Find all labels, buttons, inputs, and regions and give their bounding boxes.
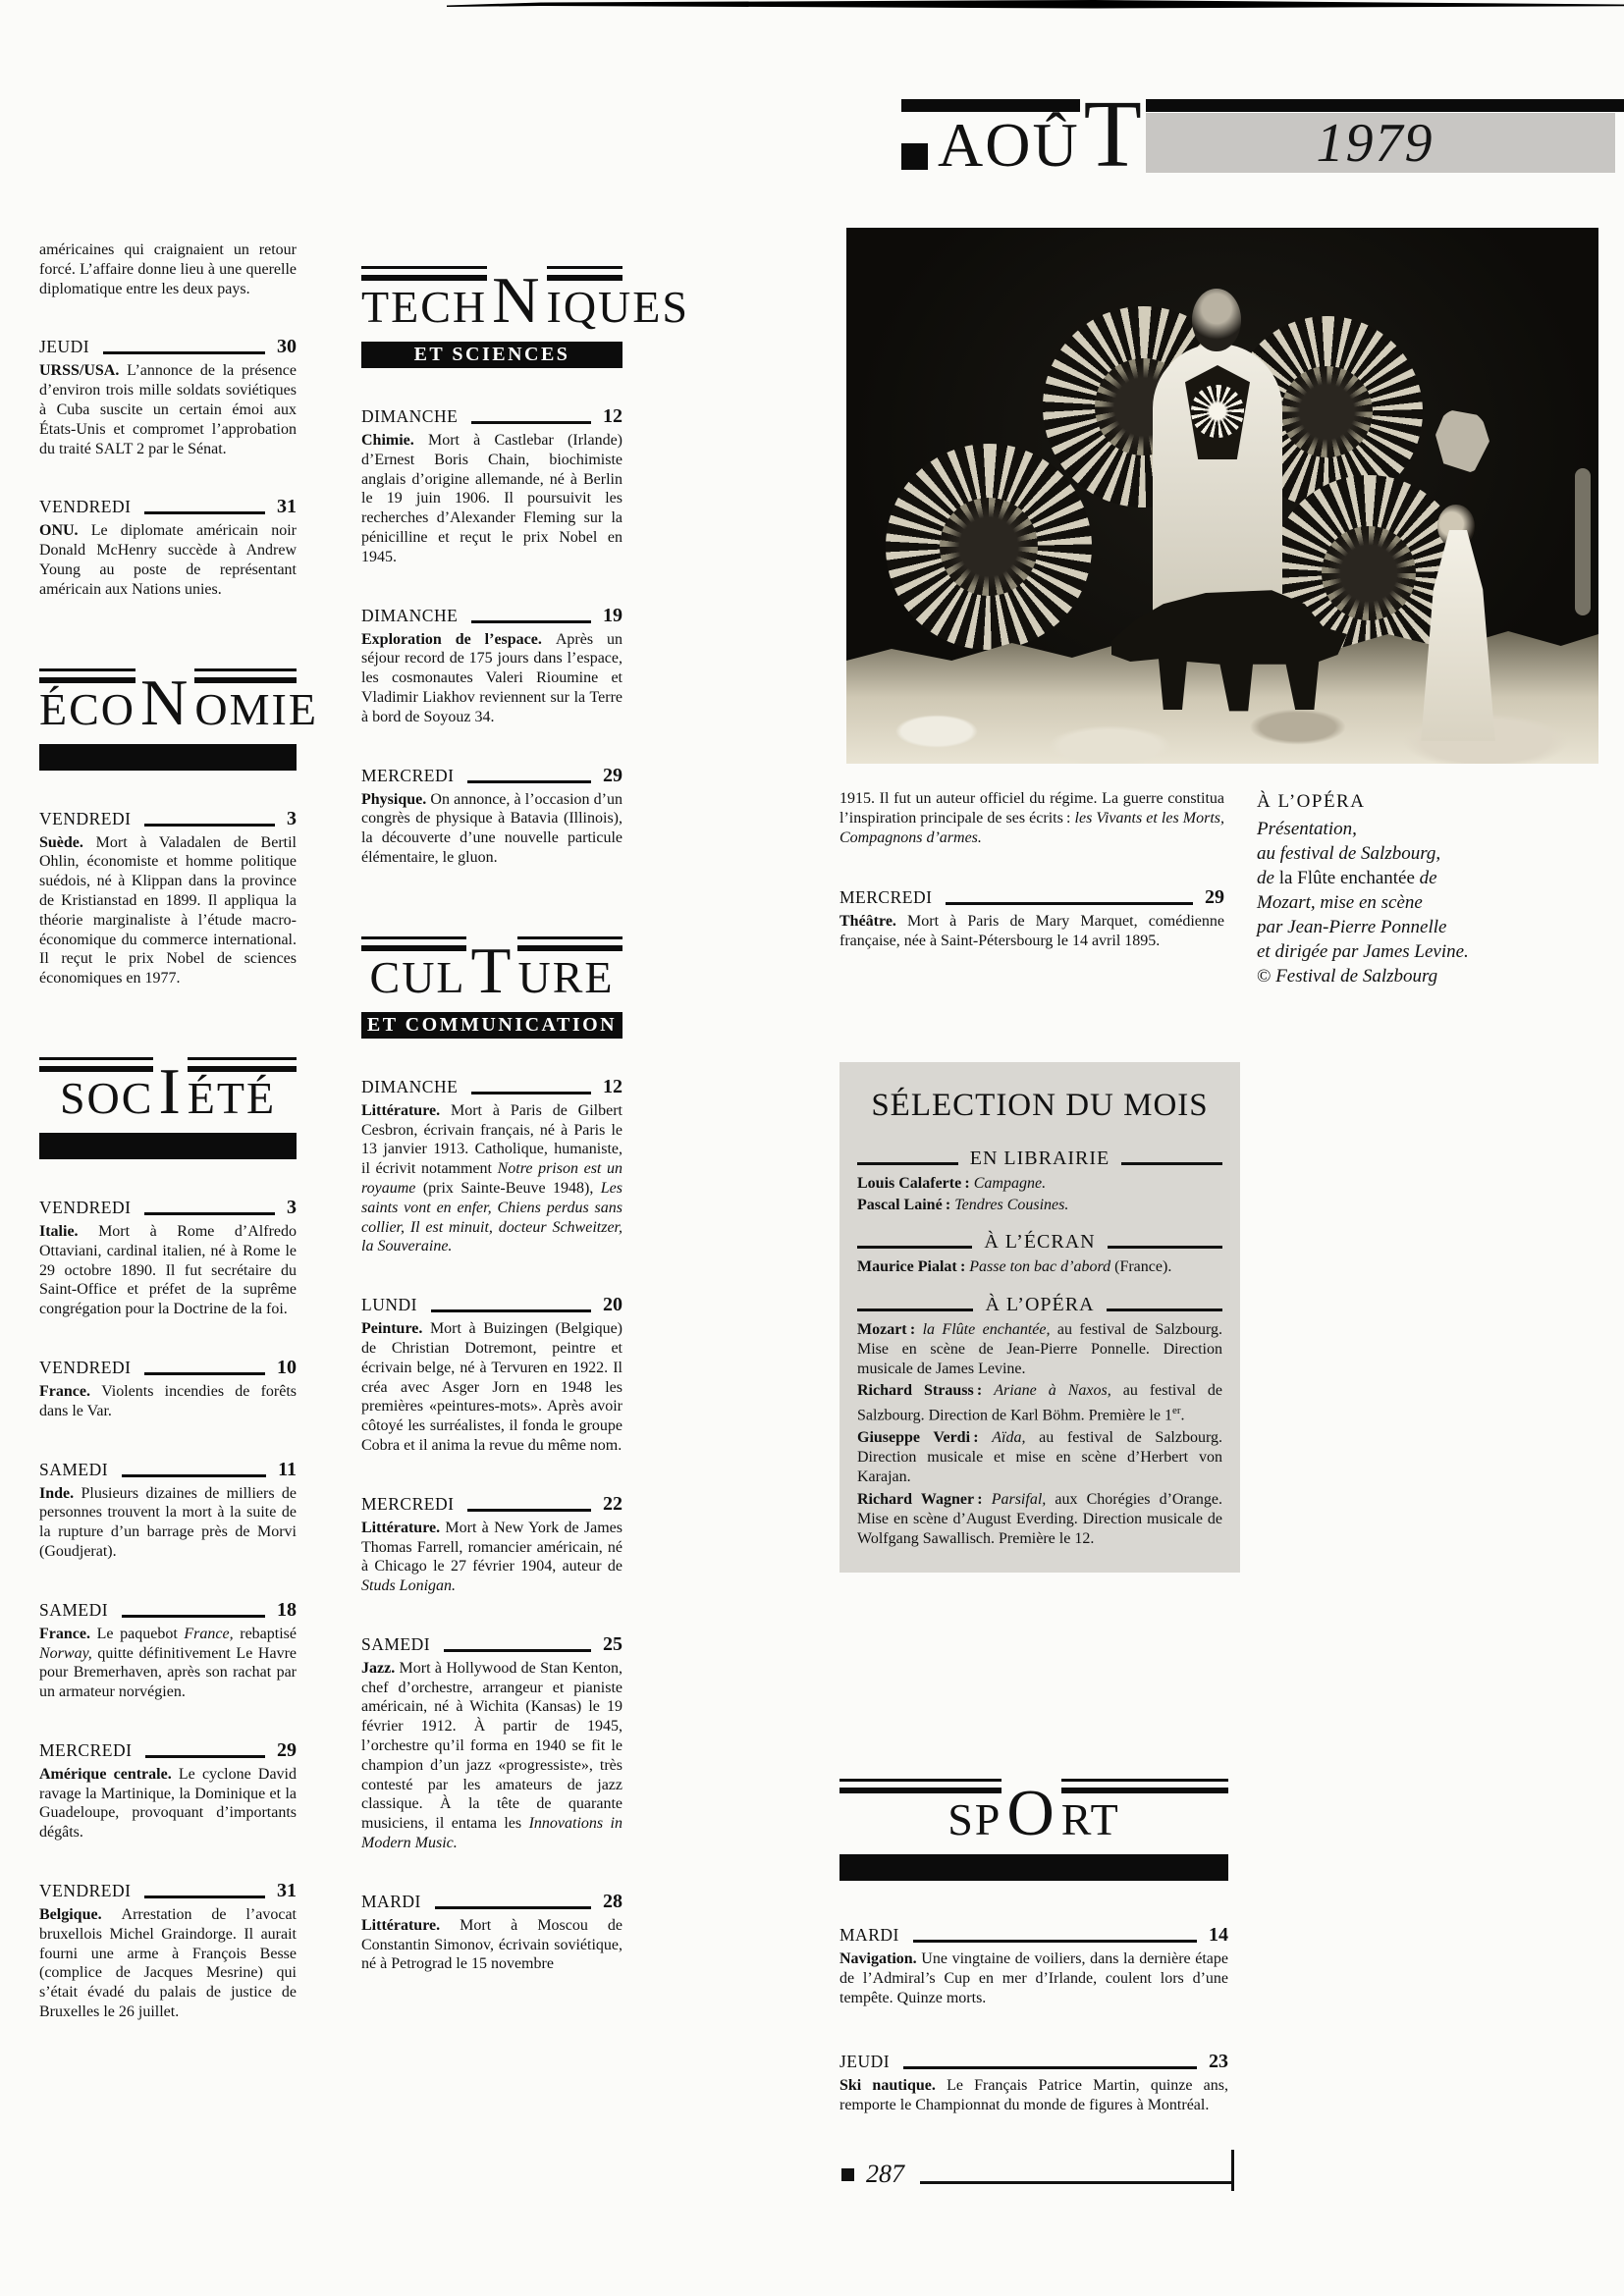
- entry-rule: [144, 824, 275, 827]
- entry-date-number: 12: [603, 1076, 623, 1098]
- superscript: er: [1172, 1405, 1181, 1416]
- entry-rule: [946, 902, 1193, 905]
- entry-heading: MERCREDI29: [839, 886, 1224, 909]
- selection-item: Pascal Lainé : Tendres Cousines.: [857, 1196, 1222, 1215]
- text-segment: À L’OPÉRA: [1257, 791, 1365, 812]
- entry-day: VENDREDI: [39, 1881, 131, 1901]
- entry: SAMEDI25Jazz. Mort à Hollywood de Stan K…: [361, 1633, 623, 1853]
- section-word: TECHNIQUES: [361, 282, 689, 332]
- italic-text: et dirigée par James Levine.: [1257, 941, 1469, 962]
- selection-subhead-rule: [857, 1246, 972, 1249]
- section-bar: ET COMMUNICATION: [361, 1012, 623, 1039]
- selection-subhead-rule: [1121, 1162, 1222, 1165]
- entry-body: France. Le paquebot France, rebaptisé No…: [39, 1625, 297, 1702]
- text-segment: la Flûte enchantée: [1279, 868, 1420, 888]
- section-word-post: ÉTÉ: [188, 1073, 276, 1123]
- entry-heading: MARDI28: [361, 1891, 623, 1913]
- entry-date-number: 28: [603, 1891, 623, 1913]
- background-figure: [1575, 468, 1591, 615]
- entry-heading: JEUDI30: [39, 336, 297, 358]
- selection-item: Richard Wagner : Parsifal, aux Chorégies…: [857, 1490, 1222, 1550]
- entry-lead: Jazz.: [361, 1660, 400, 1677]
- text-segment: Mort à Castlebar (Irlande) d’Ernest Bori…: [361, 432, 623, 565]
- text-segment: Le paquebot: [97, 1626, 185, 1642]
- page-number-rule: [920, 2181, 1234, 2184]
- section-header-techniques: TECHNIQUESET SCIENCES: [361, 242, 623, 368]
- corner-bracket-rule: [1231, 2150, 1234, 2191]
- entry-lead: ONU.: [39, 522, 91, 539]
- entry-rule: [471, 620, 591, 623]
- entry-lead: Italie.: [39, 1223, 98, 1240]
- entry-date-number: 18: [277, 1599, 297, 1622]
- entry-date-number: 3: [287, 1197, 297, 1219]
- entry-lead: Littérature.: [361, 1917, 460, 1934]
- entry-body: ONU. Le diplomate américain noir Donald …: [39, 521, 297, 599]
- entry-body: Théâtre. Mort à Paris de Mary Marquet, c…: [839, 912, 1224, 951]
- entry-day: MERCREDI: [361, 766, 454, 786]
- selection-item: Louis Calaferte : Campagne.: [857, 1174, 1222, 1194]
- selection-item: Richard Strauss : Ariane à Naxos, au fes…: [857, 1381, 1222, 1426]
- entry-body: Ski nautique. Le Français Patrice Martin…: [839, 2076, 1228, 2115]
- section-title: ÉCONOMIE: [39, 645, 297, 736]
- italic-text: Passe ton bac d’abord: [969, 1258, 1110, 1275]
- entry-rule: [103, 351, 265, 354]
- entry-day: VENDREDI: [39, 809, 131, 829]
- entry-date-number: 12: [603, 405, 623, 428]
- column-right: 1915. Il fut un auteur officiel du régim…: [839, 228, 1624, 2289]
- entry: MERCREDI29Théâtre. Mort à Paris de Mary …: [839, 886, 1224, 951]
- entry-body: Exploration de l’espace. Après un séjour…: [361, 630, 623, 727]
- entry-heading: MERCREDI29: [361, 765, 623, 787]
- year-label: 1979: [1317, 112, 1435, 175]
- entry-rule: [913, 1940, 1197, 1943]
- entry-lead: Louis Calaferte :: [857, 1175, 974, 1192]
- selection-groups: EN LIBRAIRIELouis Calaferte : Campagne.P…: [857, 1148, 1222, 1549]
- entry-rule: [144, 1896, 265, 1898]
- entry-date-number: 20: [603, 1294, 623, 1316]
- italic-text: au festival de Salzbourg,: [1257, 843, 1440, 864]
- section-word-post: RT: [1061, 1794, 1120, 1844]
- entry-lead: France.: [39, 1626, 97, 1642]
- entry-rule: [144, 1212, 275, 1215]
- entry-lead: Navigation.: [839, 1950, 921, 1967]
- text-segment: américaines qui craignaient un retour fo…: [39, 241, 297, 297]
- section-raised-letter: O: [1001, 1777, 1060, 1849]
- entry-date-number: 31: [277, 496, 297, 518]
- selection-item: Mozart : la Flûte enchantée, au festival…: [857, 1320, 1222, 1380]
- entry-rule: [467, 1509, 591, 1512]
- section-bar: ET SCIENCES: [361, 342, 623, 368]
- section-header-culture: CULTUREET COMMUNICATION: [361, 913, 623, 1039]
- italic-text: par Jean-Pierre Ponnelle: [1257, 917, 1446, 937]
- month-name: AOÛ: [938, 114, 1080, 177]
- selection-subhead-rule: [1108, 1246, 1222, 1249]
- entry-heading: MARDI14: [839, 1924, 1228, 1947]
- section-bar: [839, 1854, 1228, 1881]
- entry-rule: [471, 1092, 591, 1095]
- caption-line: © Festival de Salzbourg: [1257, 964, 1620, 988]
- section-word-pre: SOC: [60, 1073, 153, 1123]
- italic-text: Festival de Salzbourg: [1275, 966, 1437, 987]
- section-word-post: IQUES: [547, 282, 689, 332]
- entry-rule: [144, 1372, 265, 1375]
- entry-day: JEUDI: [39, 337, 89, 357]
- italic-text: Ariane à Naxos,: [994, 1382, 1111, 1399]
- entry-body: Inde. Plusieurs dizaines de milliers de …: [39, 1484, 297, 1562]
- entry: VENDREDI3Suède. Mort à Valadalen de Bert…: [39, 808, 297, 988]
- entry-body: Suède. Mort à Valadalen de Bertil Ohlin,…: [39, 833, 297, 988]
- italic-text: Norway,: [39, 1645, 92, 1662]
- caption-line: À L’OPÉRA: [1257, 789, 1620, 814]
- entry-lead: Pascal Lainé :: [857, 1197, 954, 1213]
- section-raised-letter: I: [153, 1055, 187, 1128]
- selection-subhead: EN LIBRAIRIE: [857, 1148, 1222, 1170]
- section-raised-letter: T: [466, 934, 518, 1007]
- section-header-sport: SPORT: [839, 1755, 1228, 1881]
- entry-date-number: 29: [277, 1739, 297, 1762]
- entry-heading: SAMEDI11: [39, 1459, 297, 1481]
- section-subtitle: ET COMMUNICATION: [367, 1014, 617, 1037]
- entry-lead: Amérique centrale.: [39, 1766, 179, 1783]
- selection-subhead-label: À L’ÉCRAN: [972, 1231, 1107, 1254]
- sunburst-emblem: [1191, 385, 1244, 438]
- entry-date-number: 14: [1209, 1924, 1228, 1947]
- photo-caption: À L’OPÉRAPrésentation,au festival de Sal…: [1257, 789, 1620, 988]
- entry-lead: Inde.: [39, 1485, 81, 1502]
- selection-item: Giuseppe Verdi : Aïda, au festival de Sa…: [857, 1428, 1222, 1488]
- text-segment: Mort à Buizingen (Belgique) de Christian…: [361, 1320, 623, 1454]
- italic-text: France,: [184, 1626, 233, 1642]
- sport-block: SPORTMARDI14Navigation. Une vingtaine de…: [839, 1755, 1228, 2115]
- entry-rule: [144, 511, 265, 514]
- text-segment: rebaptisé: [234, 1626, 297, 1642]
- entry-date-number: 3: [287, 808, 297, 830]
- entry-lead: Physique.: [361, 791, 430, 808]
- column-left: américaines qui craignaient un retour fo…: [39, 240, 297, 2022]
- entry-day: MERCREDI: [361, 1494, 454, 1515]
- section-header-economie: ÉCONOMIE: [39, 645, 297, 771]
- entry-lead: URSS/USA.: [39, 362, 127, 379]
- entry-lead: Chimie.: [361, 432, 428, 449]
- below-photo-row: 1915. Il fut un auteur officiel du régim…: [839, 789, 1624, 988]
- caption-line: au festival de Salzbourg,: [1257, 841, 1620, 866]
- entry-heading: MERCREDI29: [39, 1739, 297, 1762]
- section-word-post: OMIE: [194, 684, 318, 734]
- magazine-page: AOÛ T 1979 américaines qui craignaient u…: [0, 0, 1624, 2296]
- entry: LUNDI20Peinture. Mort à Buizingen (Belgi…: [361, 1294, 623, 1456]
- entry-rule: [145, 1755, 265, 1758]
- column-middle: TECHNIQUESET SCIENCESDIMANCHE12Chimie. M…: [361, 242, 623, 1974]
- italic-text: Studs Lonigan.: [361, 1577, 456, 1594]
- italic-text: de: [1257, 868, 1279, 888]
- entry-day: SAMEDI: [361, 1634, 430, 1655]
- entry-date-number: 29: [1205, 886, 1224, 909]
- section-word-pre: ÉCO: [39, 684, 135, 734]
- entry-day: DIMANCHE: [361, 1077, 458, 1097]
- entry: MERCREDI29Physique. On annonce, à l’occa…: [361, 765, 623, 868]
- selection-item: Maurice Pialat : Passe ton bac d’abord (…: [857, 1257, 1222, 1277]
- entry: MERCREDI22Littérature. Mort à New York d…: [361, 1493, 623, 1596]
- entry-date-number: 30: [277, 336, 297, 358]
- entry-date-number: 19: [603, 605, 623, 627]
- caption-line: de la Flûte enchantée de: [1257, 866, 1620, 890]
- section-word: CULTURE: [370, 952, 615, 1002]
- entry-heading: VENDREDI31: [39, 1880, 297, 1902]
- entry-lead: Maurice Pialat :: [857, 1258, 969, 1275]
- section-title: SOCIÉTÉ: [39, 1034, 297, 1125]
- entry-day: DIMANCHE: [361, 406, 458, 427]
- selection-title: SÉLECTION DU MOIS: [857, 1088, 1222, 1124]
- entry-heading: JEUDI23: [839, 2051, 1228, 2073]
- section-title: CULTURE: [361, 913, 623, 1004]
- entry-day: VENDREDI: [39, 497, 131, 517]
- entry-rule: [431, 1309, 591, 1312]
- entry-date-number: 29: [603, 765, 623, 787]
- opera-stage-photo: [846, 228, 1598, 764]
- italic-text: Campagne.: [974, 1175, 1046, 1192]
- entry-date-number: 22: [603, 1493, 623, 1516]
- text-segment: Mort à Hollywood de Stan Kenton, chef d’…: [361, 1660, 623, 1832]
- section-word-pre: CUL: [370, 952, 466, 1002]
- entry-day: MERCREDI: [839, 887, 932, 908]
- selection-box: SÉLECTION DU MOIS EN LIBRAIRIELouis Cala…: [839, 1062, 1240, 1573]
- entry-body: Italie. Mort à Rome d’Alfredo Ottaviani,…: [39, 1222, 297, 1319]
- pale-flower-figure: [1435, 409, 1489, 473]
- entry-rule: [122, 1615, 265, 1618]
- entry-lead: Richard Strauss :: [857, 1382, 994, 1399]
- page-number: 287: [866, 2160, 904, 2189]
- section-raised-letter: N: [487, 264, 546, 337]
- caption-line: Mozart, mise en scène: [1257, 890, 1620, 915]
- entry: SAMEDI18France. Le paquebot France, reba…: [39, 1599, 297, 1702]
- entry-lead: France.: [39, 1383, 101, 1400]
- entry-body: Chimie. Mort à Castlebar (Irlande) d’Ern…: [361, 431, 623, 567]
- entry-day: JEUDI: [839, 2052, 890, 2072]
- text-segment: .: [1181, 1408, 1185, 1424]
- entry-lead: Théâtre.: [839, 913, 907, 930]
- entry: VENDREDI31ONU. Le diplomate américain no…: [39, 496, 297, 599]
- selection-subhead-rule: [1107, 1308, 1222, 1311]
- entry-date-number: 11: [278, 1459, 297, 1481]
- section-subtitle: ET SCIENCES: [414, 344, 570, 366]
- entry-lead: Ski nautique.: [839, 2077, 947, 2094]
- text-segment: (prix Sainte-Beuve 1948),: [415, 1180, 600, 1197]
- italic-text: Aïda,: [992, 1429, 1025, 1446]
- section-header-societe: SOCIÉTÉ: [39, 1034, 297, 1159]
- entry: MARDI14Navigation. Une vingtaine de voil…: [839, 1924, 1228, 2007]
- entry-lead: Exploration de l’espace.: [361, 631, 556, 648]
- paragraph: 1915. Il fut un auteur officiel du régim…: [839, 789, 1224, 847]
- entry-body: Peinture. Mort à Buizingen (Belgique) de…: [361, 1319, 623, 1456]
- entry-body: Littérature. Mort à Moscou de Constantin…: [361, 1916, 623, 1974]
- caption-line: Présentation,: [1257, 817, 1620, 841]
- entry-rule: [467, 780, 591, 783]
- entry-lead: Peinture.: [361, 1320, 430, 1337]
- square-bullet-icon: [901, 143, 928, 170]
- section-title: SPORT: [839, 1755, 1228, 1846]
- entry-day: MERCREDI: [39, 1740, 132, 1761]
- entry-day: DIMANCHE: [361, 606, 458, 626]
- entry: VENDREDI31Belgique. Arrestation de l’avo…: [39, 1880, 297, 2022]
- entry-day: MARDI: [361, 1892, 421, 1912]
- section-raised-letter: N: [135, 667, 194, 739]
- entry-lead: Suède.: [39, 834, 96, 851]
- entry: JEUDI23Ski nautique. Le Français Patrice…: [839, 2051, 1228, 2115]
- section-word-pre: SP: [947, 1794, 1001, 1844]
- entry-day: SAMEDI: [39, 1460, 108, 1480]
- entry: JEUDI30URSS/USA. L’annonce de la présenc…: [39, 336, 297, 458]
- entry-rule: [122, 1474, 266, 1477]
- priest-head: [1192, 289, 1241, 351]
- selection-subhead: À L’ÉCRAN: [857, 1231, 1222, 1254]
- entry-heading: DIMANCHE12: [361, 1076, 623, 1098]
- entry-heading: LUNDI20: [361, 1294, 623, 1316]
- entry-body: Jazz. Mort à Hollywood de Stan Kenton, c…: [361, 1659, 623, 1853]
- continued-text: 1915. Il fut un auteur officiel du régim…: [839, 789, 1224, 988]
- entry-lead: Littérature.: [361, 1102, 451, 1119]
- sunflower-figure-1: [886, 444, 1092, 650]
- entry: DIMANCHE12Chimie. Mort à Castlebar (Irla…: [361, 405, 623, 567]
- entry-lead: Belgique.: [39, 1906, 122, 1923]
- entry: MARDI28Littérature. Mort à Moscou de Con…: [361, 1891, 623, 1974]
- entry-day: LUNDI: [361, 1295, 417, 1315]
- entry-heading: DIMANCHE12: [361, 405, 623, 428]
- section-word-pre: TECH: [361, 282, 487, 332]
- month-header: AOÛ T: [901, 86, 1146, 182]
- page-number-row: 287: [841, 2160, 1234, 2189]
- entry: SAMEDI11Inde. Plusieurs dizaines de mill…: [39, 1459, 297, 1562]
- entry-date-number: 31: [277, 1880, 297, 1902]
- entry-body: Littérature. Mort à Paris de Gilbert Ces…: [361, 1101, 623, 1256]
- text-segment: ©: [1257, 966, 1275, 987]
- entry-lead: Giuseppe Verdi :: [857, 1429, 992, 1446]
- entry-rule: [444, 1649, 591, 1652]
- section-bar: [39, 744, 297, 771]
- entry-date-number: 23: [1209, 2051, 1228, 2073]
- italic-text: Présentation,: [1257, 819, 1357, 839]
- entry-heading: MERCREDI22: [361, 1493, 623, 1516]
- entry: MERCREDI29Amérique centrale. Le cyclone …: [39, 1739, 297, 1842]
- entry-date-number: 25: [603, 1633, 623, 1656]
- section-title: TECHNIQUES: [361, 242, 623, 334]
- month-raised-letter: T: [1080, 86, 1146, 182]
- entry: DIMANCHE12Littérature. Mort à Paris de G…: [361, 1076, 623, 1256]
- section-word-post: URE: [517, 952, 614, 1002]
- entry-heading: VENDREDI3: [39, 1197, 297, 1219]
- entry: VENDREDI3Italie. Mort à Rome d’Alfredo O…: [39, 1197, 297, 1319]
- top-rule: [447, 0, 1624, 10]
- entry-heading: VENDREDI31: [39, 496, 297, 518]
- italic-text: de: [1420, 868, 1437, 888]
- entry-body: Littérature. Mort à New York de James Th…: [361, 1519, 623, 1596]
- entry-heading: VENDREDI3: [39, 808, 297, 830]
- entry-body: Amérique centrale. Le cyclone David rava…: [39, 1765, 297, 1842]
- entry-body: Belgique. Arrestation de l’avocat bruxel…: [39, 1905, 297, 2022]
- entry-heading: VENDREDI10: [39, 1357, 297, 1379]
- entry-day: VENDREDI: [39, 1358, 131, 1378]
- selection-subhead-label: EN LIBRAIRIE: [958, 1148, 1122, 1170]
- entry-day: VENDREDI: [39, 1198, 131, 1218]
- italic-text: Mozart, mise en scène: [1257, 892, 1423, 913]
- entry-lead: Littérature.: [361, 1520, 445, 1536]
- year-box: 1979: [1135, 113, 1615, 173]
- entry-body: Navigation. Une vingtaine de voiliers, d…: [839, 1949, 1228, 2007]
- entry-rule: [471, 421, 591, 424]
- entry-date-number: 10: [277, 1357, 297, 1379]
- entry: VENDREDI10France. Violents incendies de …: [39, 1357, 297, 1421]
- square-bullet-icon: [841, 2168, 854, 2181]
- selection-subhead: À L’OPÉRA: [857, 1294, 1222, 1316]
- text-segment: (France).: [1110, 1258, 1171, 1275]
- entry: DIMANCHE19Exploration de l’espace. Après…: [361, 605, 623, 727]
- section-word: ÉCONOMIE: [39, 684, 318, 734]
- selection-subhead-rule: [857, 1308, 973, 1311]
- entry-heading: SAMEDI18: [39, 1599, 297, 1622]
- entry-body: France. Violents incendies de forêts dan…: [39, 1382, 297, 1421]
- paragraph: américaines qui craignaient un retour fo…: [39, 240, 297, 298]
- entry-rule: [903, 2066, 1197, 2069]
- caption-line: et dirigée par James Levine.: [1257, 939, 1620, 964]
- text-segment: Mort à Valadalen de Bertil Ohlin, économ…: [39, 834, 297, 988]
- selection-subhead-rule: [857, 1162, 958, 1165]
- section-bar: [39, 1133, 297, 1159]
- entry-heading: SAMEDI25: [361, 1633, 623, 1656]
- entry-day: SAMEDI: [39, 1600, 108, 1621]
- italic-text: la Flûte enchantée,: [923, 1321, 1051, 1338]
- section-word: SPORT: [947, 1794, 1120, 1844]
- entry-day: MARDI: [839, 1925, 899, 1946]
- entry-body: Physique. On annonce, à l’occasion d’un …: [361, 790, 623, 868]
- entry-lead: Richard Wagner :: [857, 1491, 992, 1508]
- selection-subhead-label: À L’OPÉRA: [973, 1294, 1106, 1316]
- entry-rule: [435, 1906, 591, 1909]
- section-word: SOCIÉTÉ: [60, 1073, 276, 1123]
- caption-line: par Jean-Pierre Ponnelle: [1257, 915, 1620, 939]
- entry-lead: Mozart :: [857, 1321, 923, 1338]
- entry-heading: DIMANCHE19: [361, 605, 623, 627]
- text-segment: Arrestation de l’avocat bruxellois Miche…: [39, 1906, 297, 2020]
- italic-text: Parsifal,: [992, 1491, 1047, 1508]
- entry-body: URSS/USA. L’annonce de la présence d’env…: [39, 361, 297, 458]
- italic-text: Tendres Cousines.: [954, 1197, 1068, 1213]
